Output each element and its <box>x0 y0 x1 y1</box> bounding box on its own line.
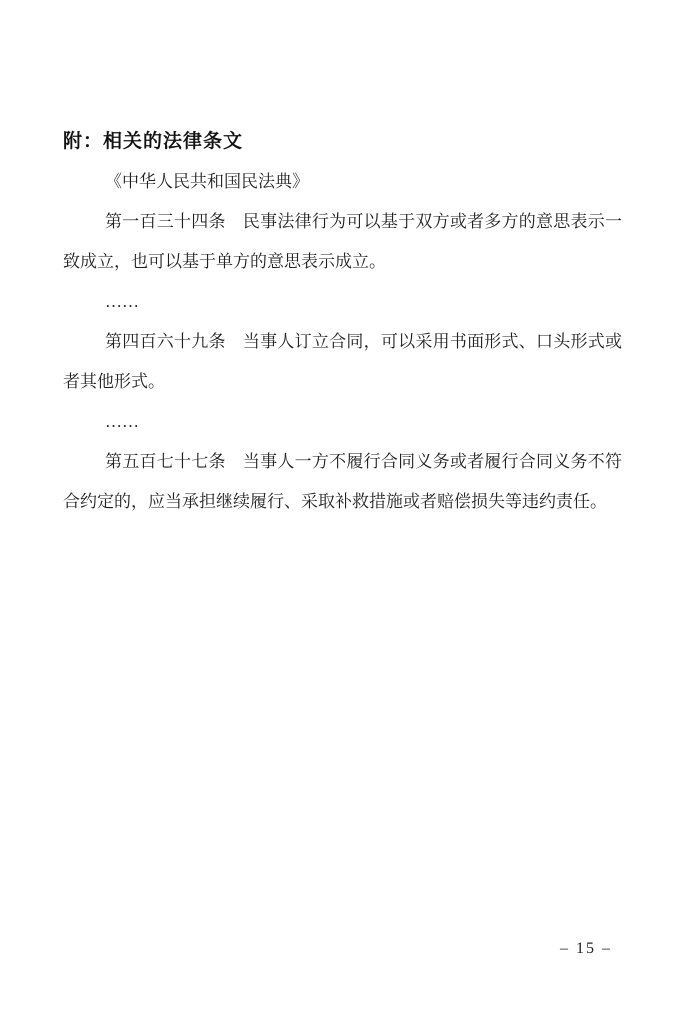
attachment-heading: 附：相关的法律条文 <box>63 122 622 162</box>
article-577-paragraph: 第五百七十七条 当事人一方不履行合同义务或者履行合同义务不符合约定的，应当承担继… <box>63 442 622 522</box>
law-title: 《中华人民共和国民法典》 <box>63 162 622 202</box>
document-page: 附：相关的法律条文 《中华人民共和国民法典》 第一百三十四条 民事法律行为可以基… <box>0 0 685 1024</box>
article-134-paragraph: 第一百三十四条 民事法律行为可以基于双方或者多方的意思表示一致成立，也可以基于单… <box>63 202 622 282</box>
document-body: 附：相关的法律条文 《中华人民共和国民法典》 第一百三十四条 民事法律行为可以基… <box>63 122 622 522</box>
page-number: – 15 – <box>560 940 612 958</box>
ellipsis-line: …… <box>63 402 622 442</box>
ellipsis-line: …… <box>63 282 622 322</box>
article-469-paragraph: 第四百六十九条 当事人订立合同，可以采用书面形式、口头形式或者其他形式。 <box>63 322 622 402</box>
